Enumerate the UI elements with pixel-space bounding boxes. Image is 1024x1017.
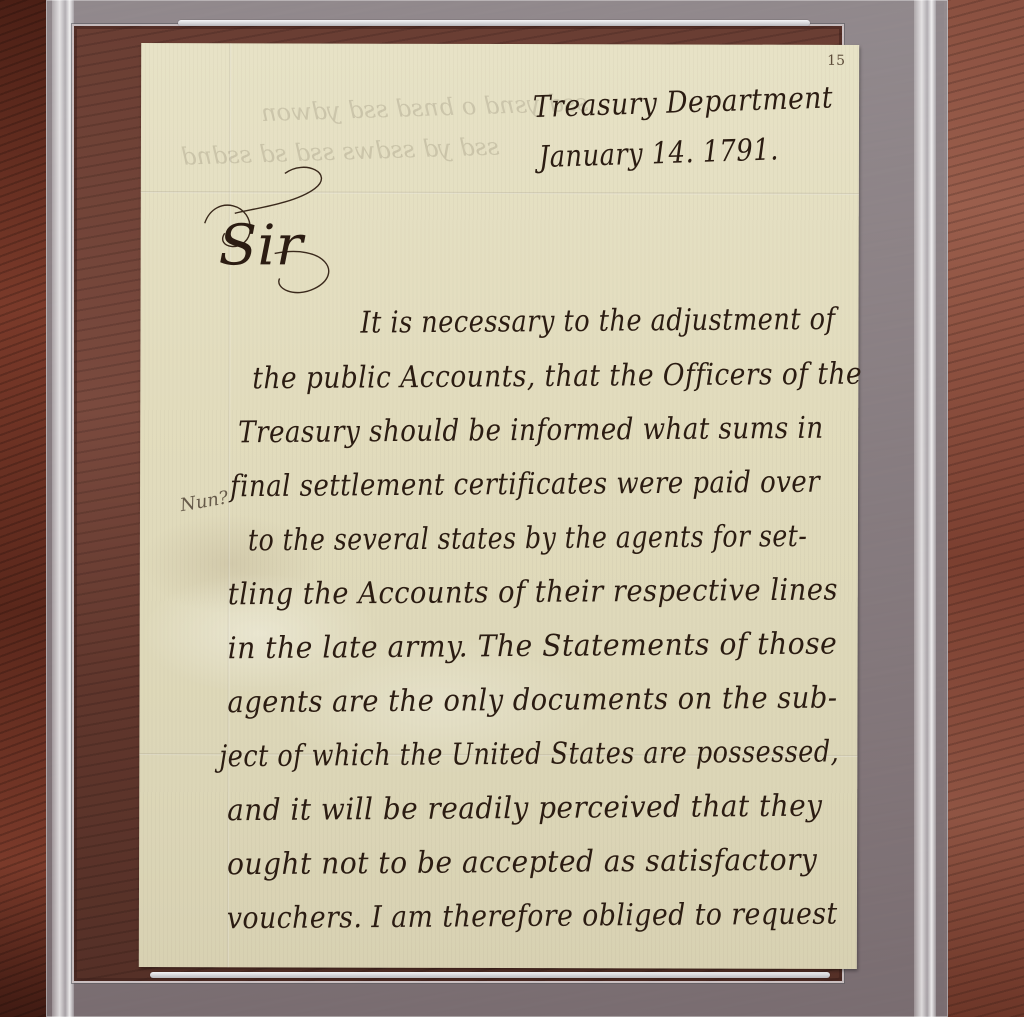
letter-line-6: tling the Accounts of their respective l… [228,572,838,612]
letter-line-2: the public Accounts, that the Officers o… [252,357,862,397]
holder-rail-right [914,0,936,1017]
letter-line-1: It is necessary to the adjustment of [360,302,835,341]
letter-line-11: ought not to be accepted as satisfactory [227,843,818,883]
holder-bottom-clip [150,972,830,978]
wood-surface-left [0,0,48,1017]
letterhead-department: Treasury Department [532,80,833,125]
letter-date: January 14. 1791. [538,132,779,175]
letter-line-3: Treasury should be informed what sums in [238,411,824,451]
letter-salutation: Sir [219,213,304,278]
letter-paper: ssd ysnd o bnsd ssd ydwon ssd yd ssdws s… [139,43,859,969]
letter-line-9: ject of which the United States are poss… [219,734,839,774]
holder-rail-left [52,0,74,1017]
margin-annotation: Nun? [179,487,230,516]
holder-top-clip [178,20,810,26]
letter-line-7: in the late army. The Statements of thos… [227,627,837,667]
page-number: 15 [827,53,845,69]
wood-surface-right [944,0,1024,1017]
letter-line-12: vouchers. I am therefore obliged to requ… [227,896,838,936]
letter-line-10: and it will be readily perceived that th… [227,789,822,829]
letter-line-5: to the several states by the agents for … [248,519,808,558]
letter-line-8: agents are the only documents on the sub… [227,680,837,720]
letter-line-4: final settlement certificates were paid … [230,465,820,505]
